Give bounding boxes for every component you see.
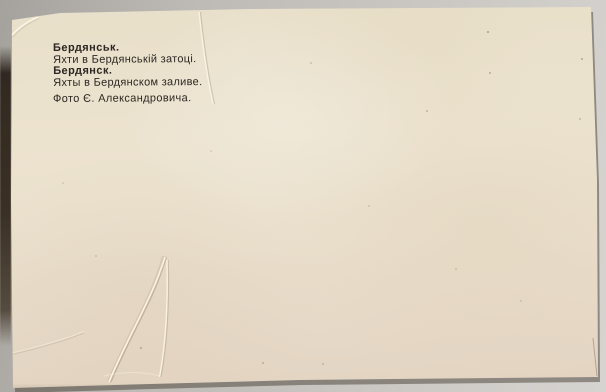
backdrop-dark-edge [0, 46, 11, 346]
paper-specks [0, 0, 2, 2]
photo-credit: Фото Є. Александровича. [53, 93, 192, 105]
caption-subtitle-russian: Яхты в Бердянском заливе. [53, 77, 202, 90]
right-edge-scuff [593, 338, 597, 376]
bottom-left-crease-highlight [6, 332, 84, 355]
postcard-caption: Бердянськ. Яхти в Бердянській затоці. Бе… [53, 42, 202, 89]
postcard-back: Бердянськ. Яхти в Бердянській затоці. Бе… [0, 0, 606, 392]
photo-backdrop: Бердянськ. Яхти в Бердянській затоці. Бе… [0, 0, 606, 392]
top-crease-shadow [201, 12, 215, 104]
corner-fold-shadow [13, 19, 40, 38]
